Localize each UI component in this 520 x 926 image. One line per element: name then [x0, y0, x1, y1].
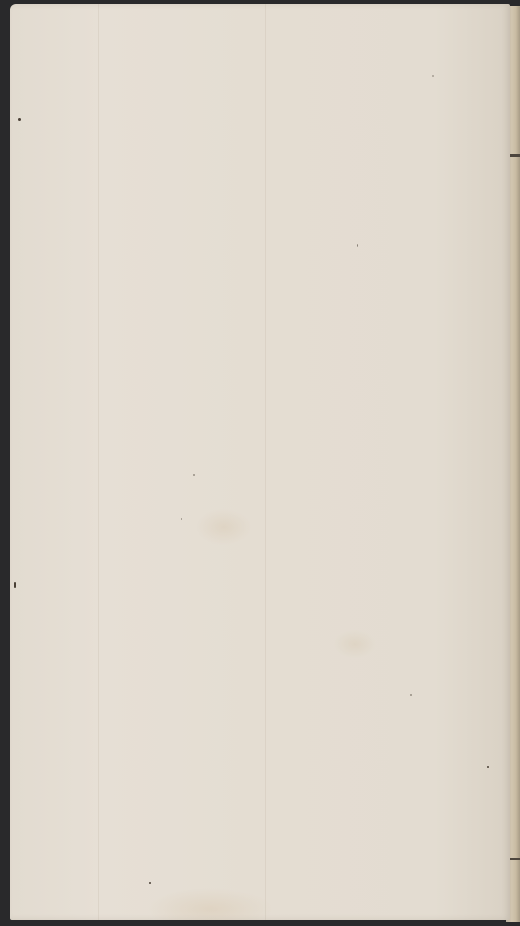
paper-speck	[357, 244, 358, 247]
paper-speck	[14, 582, 16, 588]
paper-speck	[410, 694, 412, 696]
scan-background	[0, 0, 520, 926]
paper-speck	[487, 766, 489, 768]
paper-speck	[149, 882, 151, 884]
blank-page	[10, 4, 510, 920]
paper-speck	[432, 75, 434, 77]
paper-fiber-line	[98, 4, 99, 920]
paper-speck	[181, 518, 182, 520]
paper-speck	[18, 118, 21, 121]
paper-fiber-line	[265, 4, 266, 920]
paper-speck	[193, 474, 195, 476]
